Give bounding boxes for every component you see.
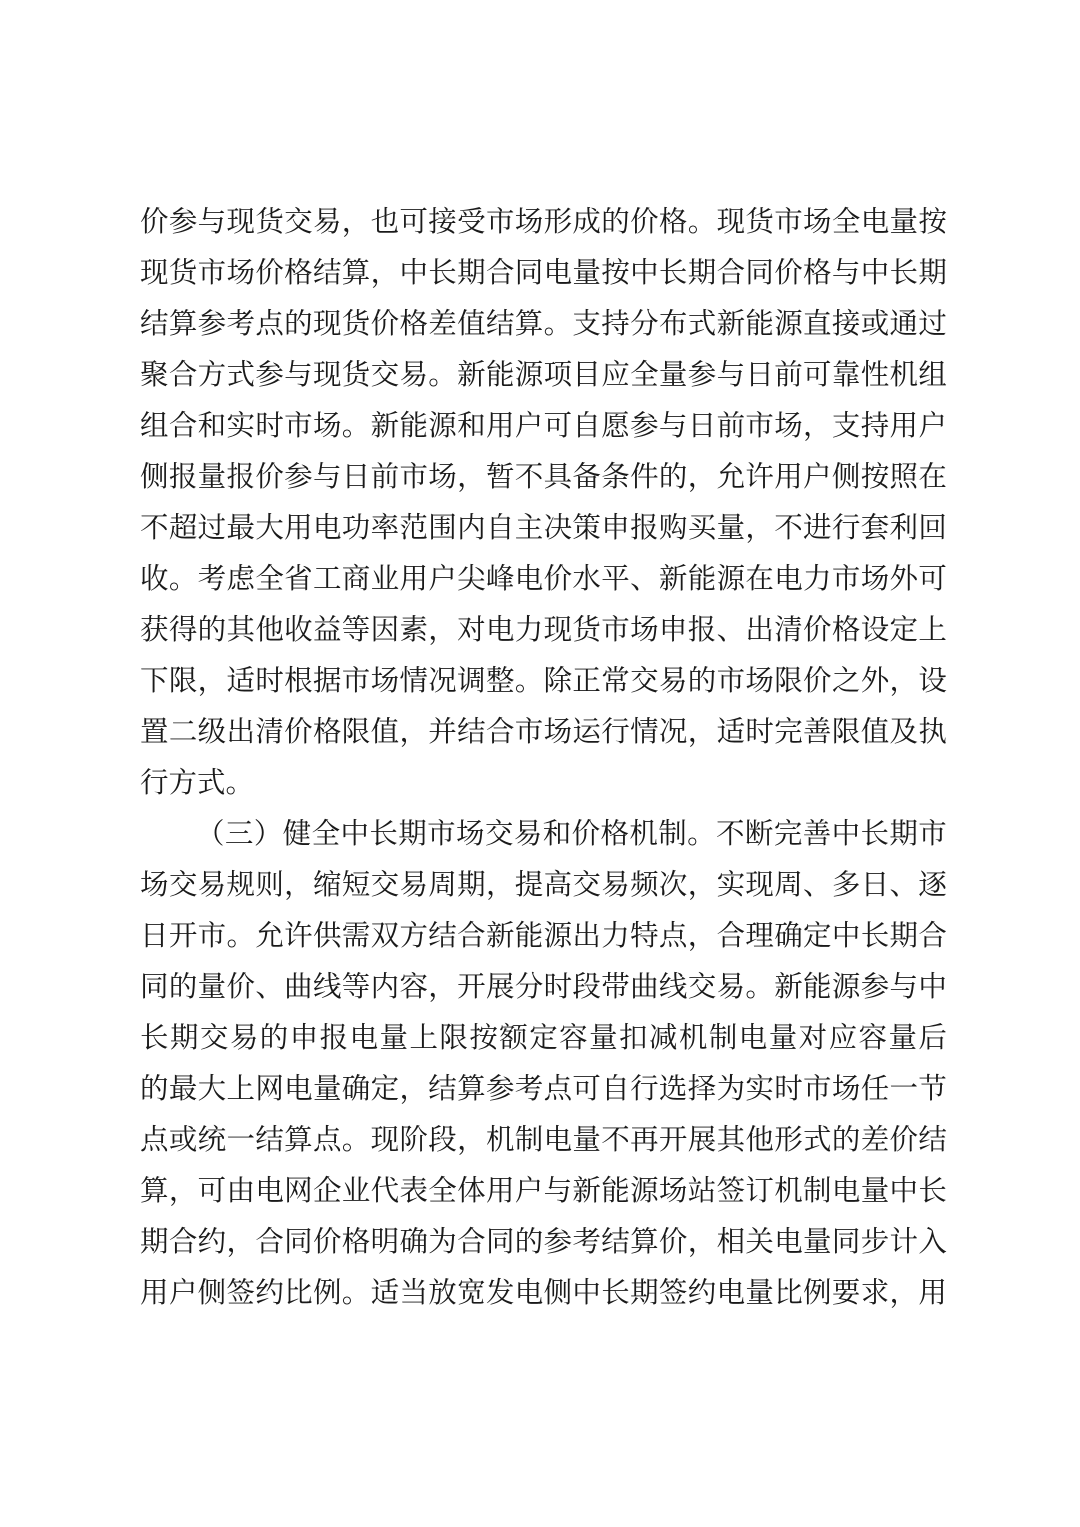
text-line: 结算参考点的现货价格差值结算。支持分布式新能源直接或通过 <box>140 296 947 347</box>
text-line: 价参与现货交易，也可接受市场形成的价格。现货市场全电量按 <box>140 194 947 245</box>
text-line: 侧报量报价参与日前市场，暂不具备条件的，允许用户侧按照在 <box>140 449 947 500</box>
text-line: 算，可由电网企业代表全体用户与新能源场站签订机制电量中长 <box>140 1163 947 1214</box>
text-line: 期合约，合同价格明确为合同的参考结算价，相关电量同步计入 <box>140 1214 947 1265</box>
text-line: 下限，适时根据市场情况调整。除正常交易的市场限价之外，设 <box>140 653 947 704</box>
text-line: 不超过最大用电功率范围内自主决策申报购买量，不进行套利回 <box>140 500 947 551</box>
text-line: 获得的其他收益等因素，对电力现货市场申报、出清价格设定上 <box>140 602 947 653</box>
text-line: 置二级出清价格限值，并结合市场运行情况，适时完善限值及执 <box>140 704 947 755</box>
text-line: 组合和实时市场。新能源和用户可自愿参与日前市场，支持用户 <box>140 398 947 449</box>
text-column: 价参与现货交易，也可接受市场形成的价格。现货市场全电量按 现货市场价格结算，中长… <box>140 194 947 1316</box>
paragraph: （三）健全中长期市场交易和价格机制。不断完善中长期市 场交易规则，缩短交易周期，… <box>140 806 947 1316</box>
text-line: 聚合方式参与现货交易。新能源项目应全量参与日前可靠性机组 <box>140 347 947 398</box>
text-line: 用户侧签约比例。适当放宽发电侧中长期签约电量比例要求，用 <box>140 1265 947 1316</box>
text-line: 同的量价、曲线等内容，开展分时段带曲线交易。新能源参与中 <box>140 959 947 1010</box>
text-line: 日开市。允许供需双方结合新能源出力特点，合理确定中长期合 <box>140 908 947 959</box>
text-line: 收。考虑全省工商业用户尖峰电价水平、新能源在电力市场外可 <box>140 551 947 602</box>
text-line: 场交易规则，缩短交易周期，提高交易频次，实现周、多日、逐 <box>140 857 947 908</box>
text-line: 的最大上网电量确定，结算参考点可自行选择为实时市场任一节 <box>140 1061 947 1112</box>
text-line: （三）健全中长期市场交易和价格机制。不断完善中长期市 <box>140 806 947 857</box>
text-line: 行方式。 <box>140 755 947 806</box>
text-line: 现货市场价格结算，中长期合同电量按中长期合同价格与中长期 <box>140 245 947 296</box>
text-line: 点或统一结算点。现阶段，机制电量不再开展其他形式的差价结 <box>140 1112 947 1163</box>
paragraph: 价参与现货交易，也可接受市场形成的价格。现货市场全电量按 现货市场价格结算，中长… <box>140 194 947 806</box>
document-page: 价参与现货交易，也可接受市场形成的价格。现货市场全电量按 现货市场价格结算，中长… <box>0 0 1080 1527</box>
text-line: 长期交易的申报电量上限按额定容量扣减机制电量对应容量后 <box>140 1010 947 1061</box>
